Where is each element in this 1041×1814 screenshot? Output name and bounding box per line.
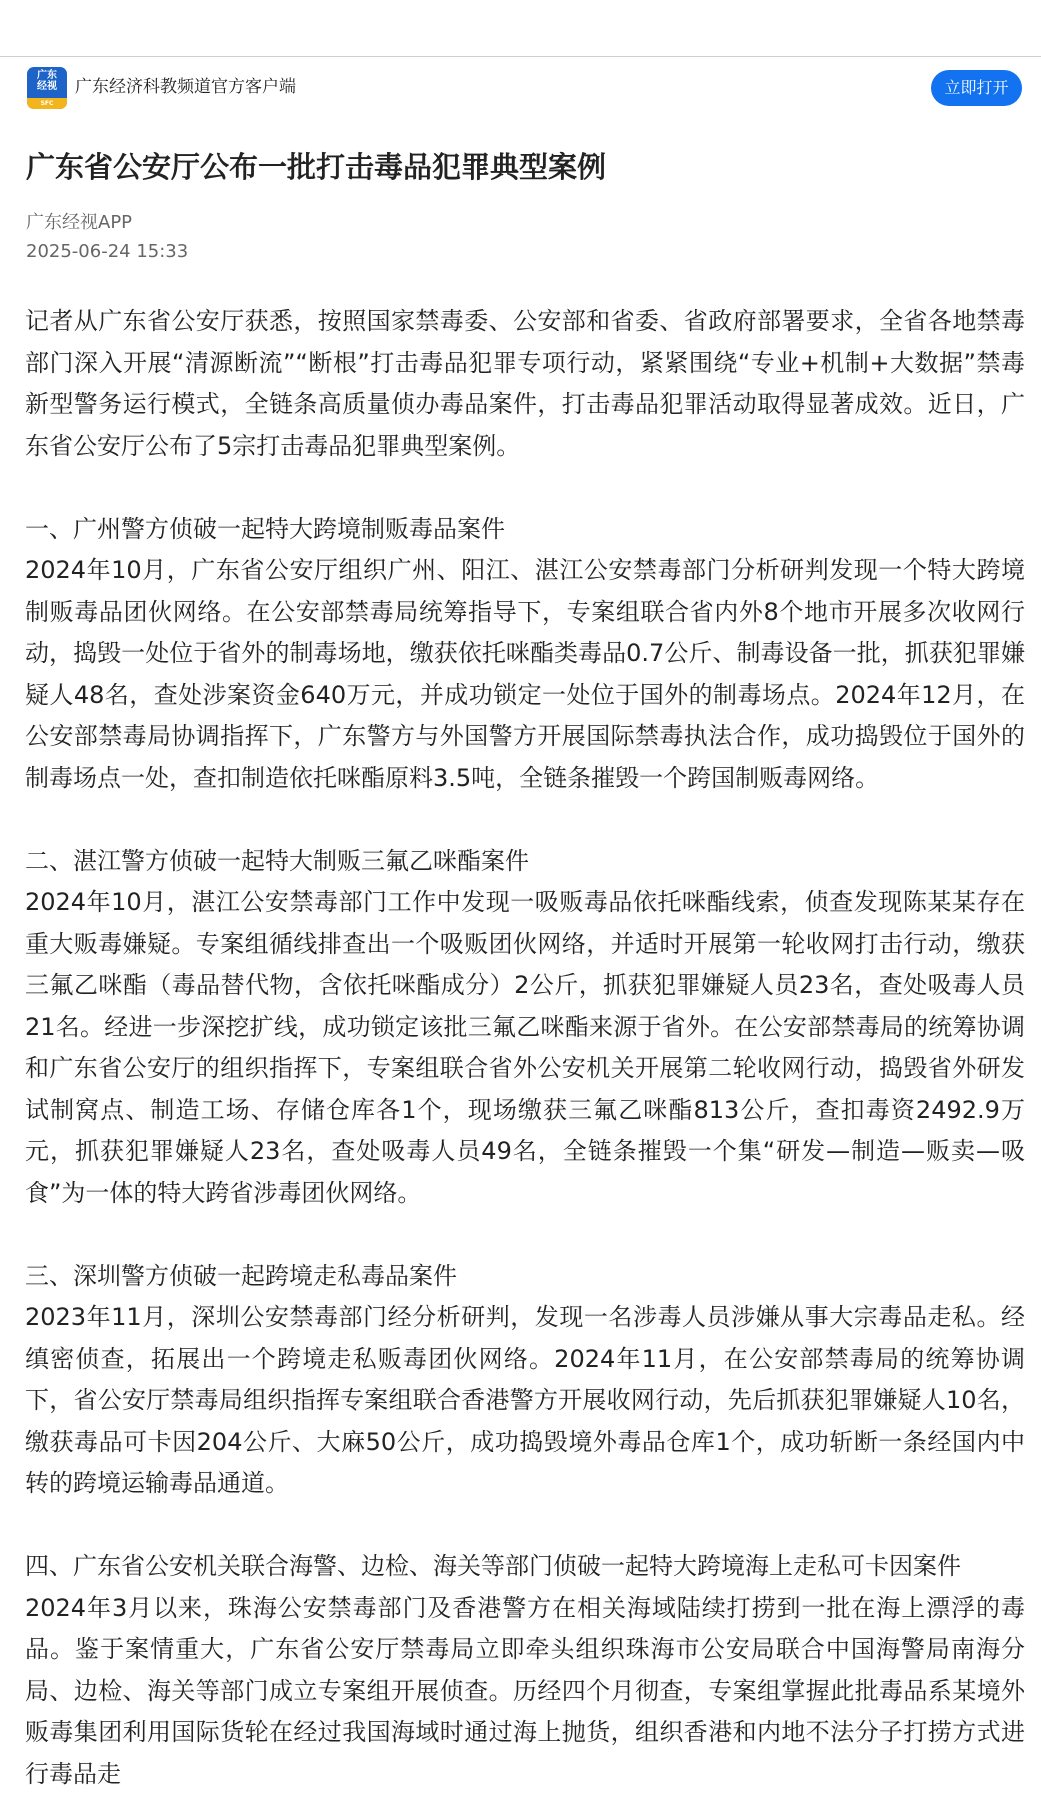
section-heading: 三、深圳警方侦破一起跨境走私毒品案件 [25, 1256, 1025, 1298]
section-body: 2024年3月以来，珠海公安禁毒部门及香港警方在相关海域陆续打捞到一批在海上漂浮… [25, 1588, 1025, 1796]
section-body: 2024年10月，广东省公安厅组织广州、阳江、湛江公安禁毒部门分析研判发现一个特… [25, 550, 1025, 799]
section-body: 2023年11月，深圳公安禁毒部门经分析研判，发现一名涉毒人员涉嫌从事大宗毒品走… [25, 1297, 1025, 1505]
section-heading: 四、广东省公安机关联合海警、边检、海关等部门侦破一起特大跨境海上走私可卡因案件 [25, 1546, 1025, 1588]
article-date: 2025-06-24 15:33 [26, 239, 188, 265]
paragraph-spacer [25, 799, 1025, 841]
logo-band: SFC [27, 98, 67, 109]
app-download-bar: 广东 经视 SFC 广东经济科教频道官方客户端 立即打开 [0, 57, 1041, 119]
section-heading: 二、湛江警方侦破一起特大制贩三氟乙咪酯案件 [25, 841, 1025, 883]
app-logo-icon: 广东 经视 SFC [27, 67, 67, 109]
article-body: 记者从广东省公安厅获悉，按照国家禁毒委、公安部和省委、省政府部署要求，全省各地禁… [25, 301, 1025, 1795]
open-app-button[interactable]: 立即打开 [931, 70, 1022, 106]
article-title: 广东省公安厅公布一批打击毒品犯罪典型案例 [26, 146, 606, 188]
paragraph-spacer [25, 1505, 1025, 1547]
top-separator [0, 0, 1041, 57]
intro-paragraph: 记者从广东省公安厅获悉，按照国家禁毒委、公安部和省委、省政府部署要求，全省各地禁… [25, 301, 1025, 467]
logo-text: 广东 经视 [27, 70, 67, 92]
paragraph-spacer [25, 1214, 1025, 1256]
section-body: 2024年10月，湛江公安禁毒部门工作中发现一吸贩毒品依托咪酯线索，侦查发现陈某… [25, 882, 1025, 1214]
paragraph-spacer [25, 467, 1025, 509]
app-name: 广东经济科教频道官方客户端 [75, 75, 296, 99]
article-source: 广东经视APP [26, 210, 132, 236]
section-heading: 一、广州警方侦破一起特大跨境制贩毒品案件 [25, 509, 1025, 551]
